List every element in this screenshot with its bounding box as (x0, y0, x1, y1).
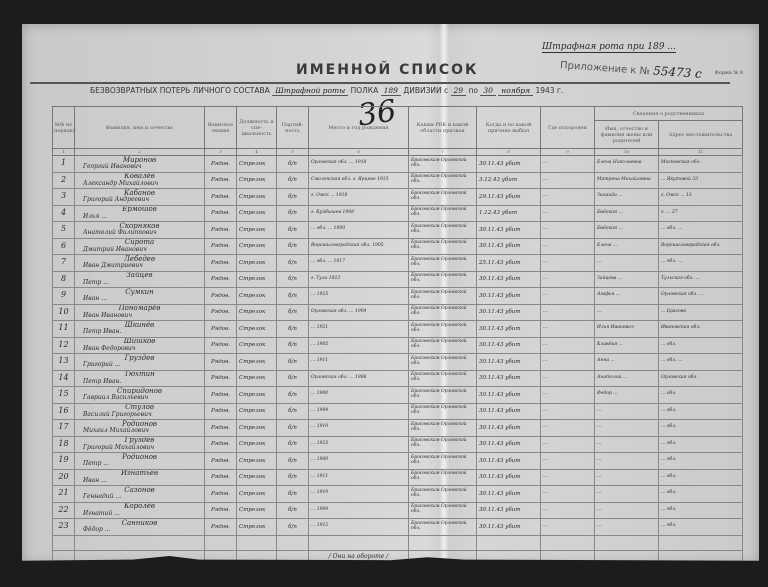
cell-full-name: СпиридоновГавриил Васильевич (75, 387, 205, 404)
cell-rank: Рядов. (205, 255, 237, 272)
cell-full-name: ШишковИван Федорович (75, 337, 205, 354)
col-header-5: Партий-ность (277, 107, 309, 149)
cell-idx: 7 (53, 255, 75, 272)
cell-kin: ... (595, 502, 659, 519)
col-num: 11 (659, 149, 743, 156)
cell-birth: Орловская обл. ... 1906 (309, 370, 409, 387)
appendix-label: Приложение к № (560, 60, 651, 77)
cell-rank: Рядов. (205, 337, 237, 354)
col-num: 4 (237, 149, 277, 156)
table-row: 8ЗайцевПетр ...Рядов.Стрелокб/пг. Тула 1… (53, 271, 743, 288)
cell-idx: 12 (53, 337, 75, 354)
table-row: 21СазоновГеннадий ...Рядов.Стрелокб/п...… (53, 486, 743, 503)
cell-party: б/п (277, 354, 309, 371)
cell-kin: Зайцева ... (595, 271, 659, 288)
cell-rank: Рядов. (205, 205, 237, 222)
cell-party: б/п (277, 238, 309, 255)
cell-full-name: РодионовПетр ... (75, 453, 205, 470)
cell-idx: 2 (53, 172, 75, 189)
cell-rvk: Брасовским Орловской обл. (409, 502, 477, 519)
cell-full-name: ИгнатьевИван ... (75, 469, 205, 486)
cell-party: б/п (277, 370, 309, 387)
cell-buried: ... (541, 288, 595, 305)
cell-kin: Елена Николаевна (595, 156, 659, 173)
cell-birth: ... 1921 (309, 321, 409, 338)
cell-birth: г. Омск ... 1918 (309, 189, 409, 206)
cell-party: б/п (277, 172, 309, 189)
cell-out: 30.11.43 убит (477, 354, 541, 371)
cell-rank: Рядов. (205, 502, 237, 519)
cell-rvk: Брасовским Орловской обл. (409, 321, 477, 338)
cell-rvk: Брасовским Орловской обл. (409, 238, 477, 255)
cell-out: 30.11.43 убит (477, 436, 541, 453)
col-header-3: Воинское звание (205, 107, 237, 149)
cell-buried: ... (541, 189, 595, 206)
cell-out: 30.11.43 убит (477, 469, 541, 486)
given-names: Петр Иван. (77, 329, 202, 336)
col-num: 5 (277, 149, 309, 156)
cell-kin: Анна ... (595, 354, 659, 371)
col-num: 6 (309, 149, 409, 156)
table-row: 14ТюхтинПетр Иван.Рядов.Стрелокб/пОрловс… (53, 370, 743, 387)
cell-birth: ... 1912 (309, 519, 409, 536)
cell-out: 25.11.43 убит (477, 255, 541, 272)
cell-full-name: КабановГригорий Андреевич (75, 189, 205, 206)
cell-idx: 5 (53, 222, 75, 239)
cell-pos: Стрелок (237, 288, 277, 305)
cell-buried: ... (541, 519, 595, 536)
table-row: 9СумкинИван ...Рядов.Стрелокб/п... 1925Б… (53, 288, 743, 305)
empty-cell (53, 535, 75, 550)
empty-cell (659, 535, 743, 550)
col-header-8: Когда и по какой причине выбыл (477, 107, 541, 149)
cell-kin: Елена ... (595, 238, 659, 255)
cell-full-name: СазоновГеннадий ... (75, 486, 205, 503)
cell-out: 30.11.43 убит (477, 156, 541, 173)
cell-kin: ... (595, 486, 659, 503)
table-row: 6СиротаДмитрий ИвановичРядов.Стрелокб/пВ… (53, 238, 743, 255)
cell-out: 30.11.43 убит (477, 238, 541, 255)
date-to-label: по (468, 86, 478, 95)
cell-addr: Ивановская обл. (659, 321, 743, 338)
cell-addr: Тульская обл. ... (659, 271, 743, 288)
given-names: Илья ... (77, 214, 202, 221)
cell-pos: Стрелок (237, 519, 277, 536)
cell-rank: Рядов. (205, 189, 237, 206)
cell-idx: 1 (53, 156, 75, 173)
cell-addr: ... обл. ... (659, 354, 743, 371)
cell-birth: ... 1911 (309, 354, 409, 371)
cell-rvk: Брасовским Орловской обл. (409, 453, 477, 470)
cell-addr: Орловская обл. (659, 370, 743, 387)
document-subtitle: БЕЗВОЗВРАТНЫХ ПОТЕРЬ ЛИЧНОГО СОСТАВА Штр… (90, 86, 563, 95)
empty-cell (237, 535, 277, 550)
cell-party: б/п (277, 304, 309, 321)
cell-rvk: Брасовским Орловской обл. (409, 403, 477, 420)
given-names: Григорий ... (77, 362, 202, 369)
cell-kin: Илья Иванович (595, 321, 659, 338)
cell-rank: Рядов. (205, 486, 237, 503)
cell-birth: ... обл. ... 1900 (309, 222, 409, 239)
table-row: 20ИгнатьевИван ...Рядов.Стрелокб/п... 19… (53, 469, 743, 486)
cell-party: б/п (277, 469, 309, 486)
cell-out: 30.11.43 убит (477, 453, 541, 470)
cell-full-name: ГруздевГригорий Михайлович (75, 436, 205, 453)
cell-addr: ... обл. (659, 453, 743, 470)
cell-out: 30.11.43 убит (477, 420, 541, 437)
cell-rvk: Брасовским Орловской обл. (409, 420, 477, 437)
col-num: 7 (409, 149, 477, 156)
cell-buried: ... (541, 469, 595, 486)
cell-out: 30.11.43 убит (477, 304, 541, 321)
cell-out: 30.11.43 убит (477, 271, 541, 288)
cell-party: б/п (277, 156, 309, 173)
cell-full-name: ЗайцевПетр ... (75, 271, 205, 288)
cell-pos: Стрелок (237, 354, 277, 371)
cell-pos: Стрелок (237, 238, 277, 255)
empty-cell (409, 535, 477, 550)
cell-idx: 3 (53, 189, 75, 206)
cell-kin: ... (595, 420, 659, 437)
cell-rvk: Брасовским Орловской обл. (409, 370, 477, 387)
cell-birth: ... 1925 (309, 436, 409, 453)
cell-idx: 13 (53, 354, 75, 371)
cell-kin: Клавдия ... (595, 337, 659, 354)
cell-birth: Ворошиловградская обл. 1905 (309, 238, 409, 255)
table-row: 22КоролёвИгнатий ...Рядов.Стрелокб/п... … (53, 502, 743, 519)
cell-kin: ... (595, 519, 659, 536)
cell-idx: 14 (53, 370, 75, 387)
cell-full-name: ЛебедевИван Дмитриевич (75, 255, 205, 272)
cell-pos: Стрелок (237, 304, 277, 321)
cell-idx: 19 (53, 453, 75, 470)
cell-addr: ... обл. ... (659, 222, 743, 239)
cell-pos: Стрелок (237, 453, 277, 470)
cell-idx: 23 (53, 519, 75, 536)
given-names: Иван Дмитриевич (77, 263, 202, 270)
cell-birth: г. Тула 1923 (309, 271, 409, 288)
top-handwritten-note: Штрафная рота при 189 ... (542, 42, 676, 53)
cell-birth: ... 1909 (309, 502, 409, 519)
cell-party: б/п (277, 502, 309, 519)
cell-party: б/п (277, 436, 309, 453)
cell-addr: г. ... 27 (659, 205, 743, 222)
table-row: 5СкорняковАнатолий ФилипповичРядов.Стрел… (53, 222, 743, 239)
col-header-4: Должность и спе-циальность (237, 107, 277, 149)
empty-cell (75, 535, 205, 550)
given-names: Михаил Михайлович (77, 428, 202, 435)
cell-birth: ... 1900 (309, 453, 409, 470)
cell-buried: ... (541, 502, 595, 519)
given-names: Петр ... (77, 280, 202, 287)
table-row: 4ЕрмошовИлья ...Рядов.Стрелокб/пг. Куйбы… (53, 205, 743, 222)
cell-rvk: Брасовским Орловской обл. (409, 172, 477, 189)
cell-pos: Стрелок (237, 156, 277, 173)
cell-addr: ... обл. ... (659, 255, 743, 272)
appendix-number: 55473 с (653, 64, 703, 81)
polka-label: ПОЛКА (351, 86, 379, 95)
cell-birth: ... 1910 (309, 420, 409, 437)
cell-kin: Матрена Михайловна (595, 172, 659, 189)
cell-rvk: Брасовским Орловской обл. (409, 189, 477, 206)
cell-pos: Стрелок (237, 337, 277, 354)
cell-rvk: Брасовским Орловской обл. (409, 486, 477, 503)
cell-pos: Стрелок (237, 436, 277, 453)
col-header-6: Место и год рождения (309, 107, 409, 149)
given-names: Григорий Михайлович (77, 445, 202, 452)
cell-out: 1.12.43 убит (477, 205, 541, 222)
cell-pos: Стрелок (237, 469, 277, 486)
cell-rvk: Брасовским Орловской обл. (409, 271, 477, 288)
cell-rank: Рядов. (205, 370, 237, 387)
given-names: Иван ... (77, 296, 202, 303)
cell-idx: 20 (53, 469, 75, 486)
cell-buried: ... (541, 172, 595, 189)
cell-out: 30.11.43 убит (477, 288, 541, 305)
kin-group-header: Сведения о родственниках (595, 107, 743, 121)
cell-rvk: Брасовским Орловской обл. (409, 387, 477, 404)
losses-table: №№ по порядку Фамилия, имя и отчество Во… (52, 106, 743, 566)
cell-addr: ... обл. (659, 469, 743, 486)
date-to: 30 (480, 86, 496, 96)
cell-addr: Московская обл. (659, 156, 743, 173)
cell-idx: 16 (53, 403, 75, 420)
cell-pos: Стрелок (237, 321, 277, 338)
cell-rank: Рядов. (205, 271, 237, 288)
given-names: Иван ... (77, 478, 202, 485)
cell-birth: ... 1911 (309, 469, 409, 486)
given-names: Георгий Иванович (77, 164, 202, 171)
cell-idx: 10 (53, 304, 75, 321)
cell-idx: 9 (53, 288, 75, 305)
col-header-9: Где похоронен (541, 107, 595, 149)
form-number: Форма № 8 (715, 70, 743, 76)
losses-table-body: 1МироновГеоргий ИвановичРядов.Стрелокб/п… (53, 156, 743, 566)
col-num: 10 (595, 149, 659, 156)
table-row: 11ШкинёвПетр Иван.Рядов.Стрелокб/п... 19… (53, 321, 743, 338)
table-row: 19РодионовПетр ...Рядов.Стрелокб/п... 19… (53, 453, 743, 470)
cell-pos: Стрелок (237, 255, 277, 272)
cell-rvk: Брасовским Орловской обл. (409, 255, 477, 272)
cell-buried: ... (541, 354, 595, 371)
table-row: 2КовалёвАлександр МихайловичРядов.Стрело… (53, 172, 743, 189)
cell-full-name: КовалёвАлександр Михайлович (75, 172, 205, 189)
cell-addr: ... обл. (659, 337, 743, 354)
cell-kin: Анатолий ... (595, 370, 659, 387)
cell-rank: Рядов. (205, 403, 237, 420)
cell-full-name: СанниковФёдор ... (75, 519, 205, 536)
given-names: Петр ... (77, 461, 202, 468)
cell-rank: Рядов. (205, 238, 237, 255)
cell-kin: Федор ... (595, 387, 659, 404)
cell-full-name: СкорняковАнатолий Филиппович (75, 222, 205, 239)
given-names: Григорий Андреевич (77, 197, 202, 204)
cell-pos: Стрелок (237, 172, 277, 189)
cell-full-name: ТюхтинПетр Иван. (75, 370, 205, 387)
cell-addr: Орловская обл. ... (659, 288, 743, 305)
cell-rvk: Брасовским Орловской обл. (409, 469, 477, 486)
cell-buried: ... (541, 403, 595, 420)
cell-full-name: СумкинИван ... (75, 288, 205, 305)
cell-addr: ... обл. (659, 519, 743, 536)
cell-kin: Евдокия ... (595, 222, 659, 239)
cell-party: б/п (277, 453, 309, 470)
table-row: 1МироновГеоргий ИвановичРядов.Стрелокб/п… (53, 156, 743, 173)
col-num: 2 (75, 149, 205, 156)
col-header-10: Имя, отчество и фамилия жены или родител… (595, 121, 659, 149)
cell-pos: Стрелок (237, 222, 277, 239)
cell-rvk: Брасовским Орловской обл. (409, 156, 477, 173)
appendix-stamp: Приложение к № 55473 с (560, 57, 703, 81)
cell-idx: 22 (53, 502, 75, 519)
cell-party: б/п (277, 486, 309, 503)
month: ноября (498, 86, 533, 96)
cell-rvk: Брасовским Орловской обл. (409, 436, 477, 453)
empty-cell (541, 535, 595, 550)
col-num: 1 (53, 149, 75, 156)
cell-buried: ... (541, 370, 595, 387)
given-names: Игнатий ... (77, 511, 202, 518)
cell-rvk: Брасовским Орловской обл. (409, 288, 477, 305)
cell-rank: Рядов. (205, 172, 237, 189)
cell-pos: Стрелок (237, 271, 277, 288)
cell-party: б/п (277, 205, 309, 222)
cell-idx: 6 (53, 238, 75, 255)
cell-kin: Агафья ... (595, 288, 659, 305)
cell-addr: ... обл. (659, 436, 743, 453)
given-names: Иван Федорович (77, 346, 202, 353)
cell-buried: ... (541, 387, 595, 404)
cell-rvk: Брасовским Орловской обл. (409, 304, 477, 321)
cell-buried: ... (541, 337, 595, 354)
cell-birth: ... 1925 (309, 288, 409, 305)
cell-party: б/п (277, 222, 309, 239)
given-names: Анатолий Филиппович (77, 230, 202, 237)
cell-out: 30.11.43 убит (477, 486, 541, 503)
cell-idx: 4 (53, 205, 75, 222)
cell-out: 30.11.43 убит (477, 403, 541, 420)
col-num: 3 (205, 149, 237, 156)
cell-birth: ... 1900 (309, 387, 409, 404)
cell-addr: ... Брасово (659, 304, 743, 321)
cell-idx: 11 (53, 321, 75, 338)
given-names: Иван Иванович (77, 313, 202, 320)
cell-pos: Стрелок (237, 189, 277, 206)
cell-kin: ... (595, 403, 659, 420)
cell-buried: ... (541, 420, 595, 437)
cell-rvk: Брасовским Орловской обл. (409, 205, 477, 222)
empty-cell (309, 535, 409, 550)
cell-out: 30.11.43 убит (477, 370, 541, 387)
given-names: Геннадий ... (77, 494, 202, 501)
table-row: 23СанниковФёдор ...Рядов.Стрелокб/п... 1… (53, 519, 743, 536)
cell-rvk: Брасовским Орловской обл. (409, 337, 477, 354)
subtitle-prefix: БЕЗВОЗВРАТНЫХ ПОТЕРЬ ЛИЧНОГО СОСТАВА (90, 86, 270, 95)
cell-idx: 21 (53, 486, 75, 503)
cell-birth: Орловская обл. ... 1904 (309, 304, 409, 321)
cell-party: б/п (277, 420, 309, 437)
col-header-1: №№ по порядку (53, 107, 75, 149)
document-title: ИМЕННОЙ СПИСОК (296, 62, 478, 78)
cell-full-name: ГруздевГригорий ... (75, 354, 205, 371)
cell-party: б/п (277, 288, 309, 305)
cell-party: б/п (277, 387, 309, 404)
cell-party: б/п (277, 519, 309, 536)
table-row: 13ГруздевГригорий ...Рядов.Стрелокб/п...… (53, 354, 743, 371)
cell-rank: Рядов. (205, 304, 237, 321)
cell-rank: Рядов. (205, 354, 237, 371)
cell-party: б/п (277, 403, 309, 420)
cell-rank: Рядов. (205, 453, 237, 470)
cell-out: 30.11.43 убит (477, 222, 541, 239)
empty-row (53, 535, 743, 550)
cell-pos: Стрелок (237, 420, 277, 437)
cell-out: 30.11.43 убит (477, 337, 541, 354)
cell-idx: 8 (53, 271, 75, 288)
table-row: 12ШишковИван ФедоровичРядов.Стрелокб/п..… (53, 337, 743, 354)
cell-full-name: ПономарёвИван Иванович (75, 304, 205, 321)
cell-idx: 17 (53, 420, 75, 437)
table-row: 10ПономарёвИван ИвановичРядов.Стрелокб/п… (53, 304, 743, 321)
cell-party: б/п (277, 321, 309, 338)
cell-pos: Стрелок (237, 205, 277, 222)
cell-pos: Стрелок (237, 370, 277, 387)
cell-rank: Рядов. (205, 222, 237, 239)
cell-addr: ... Якутовой 33 (659, 172, 743, 189)
cell-out: 30.11.43 убит (477, 519, 541, 536)
table-row: 7ЛебедевИван ДмитриевичРядов.Стрелокб/п.… (53, 255, 743, 272)
cell-buried: ... (541, 205, 595, 222)
cell-birth: Смоленская обл. г. Ярцево 1915 (309, 172, 409, 189)
empty-cell (205, 535, 237, 550)
cell-full-name: РодионовМихаил Михайлович (75, 420, 205, 437)
cell-rank: Рядов. (205, 436, 237, 453)
cell-out: 30.11.43 убит (477, 387, 541, 404)
year: 1943 г. (535, 86, 563, 95)
table-row: 15СпиридоновГавриил ВасильевичРядов.Стре… (53, 387, 743, 404)
col-header-2: Фамилия, имя и отчество (75, 107, 205, 149)
cell-rank: Рядов. (205, 288, 237, 305)
given-names: Фёдор ... (77, 527, 202, 534)
empty-cell (477, 535, 541, 550)
losses-table-wrap: №№ по порядку Фамилия, имя и отчество Во… (52, 106, 742, 566)
table-top-rule (30, 82, 730, 84)
cell-kin: ... (595, 469, 659, 486)
cell-rank: Рядов. (205, 156, 237, 173)
cell-addr: г. Омск ... 13 (659, 189, 743, 206)
cell-birth: г. Куйбышев 1908 (309, 205, 409, 222)
unit-name: Штрафной роты (272, 86, 348, 96)
table-row: 3КабановГригорий АндреевичРядов.Стрелокб… (53, 189, 743, 206)
cell-rank: Рядов. (205, 469, 237, 486)
cell-party: б/п (277, 271, 309, 288)
cell-buried: ... (541, 222, 595, 239)
cell-buried: ... (541, 486, 595, 503)
cell-full-name: МироновГеоргий Иванович (75, 156, 205, 173)
cell-addr: ... обл. (659, 387, 743, 404)
given-names: Дмитрий Иванович (77, 247, 202, 254)
cell-addr: ... обл. (659, 502, 743, 519)
cell-party: б/п (277, 337, 309, 354)
cell-birth: ... 1904 (309, 403, 409, 420)
cell-kin: ... (595, 453, 659, 470)
cell-out: 30.11.43 убит (477, 321, 541, 338)
cell-addr: ... обл. (659, 403, 743, 420)
cell-buried: ... (541, 453, 595, 470)
cell-out: 29.11.43 убит (477, 189, 541, 206)
cell-kin: ... (595, 304, 659, 321)
cell-birth: Орловская обл. ... 1918 (309, 156, 409, 173)
